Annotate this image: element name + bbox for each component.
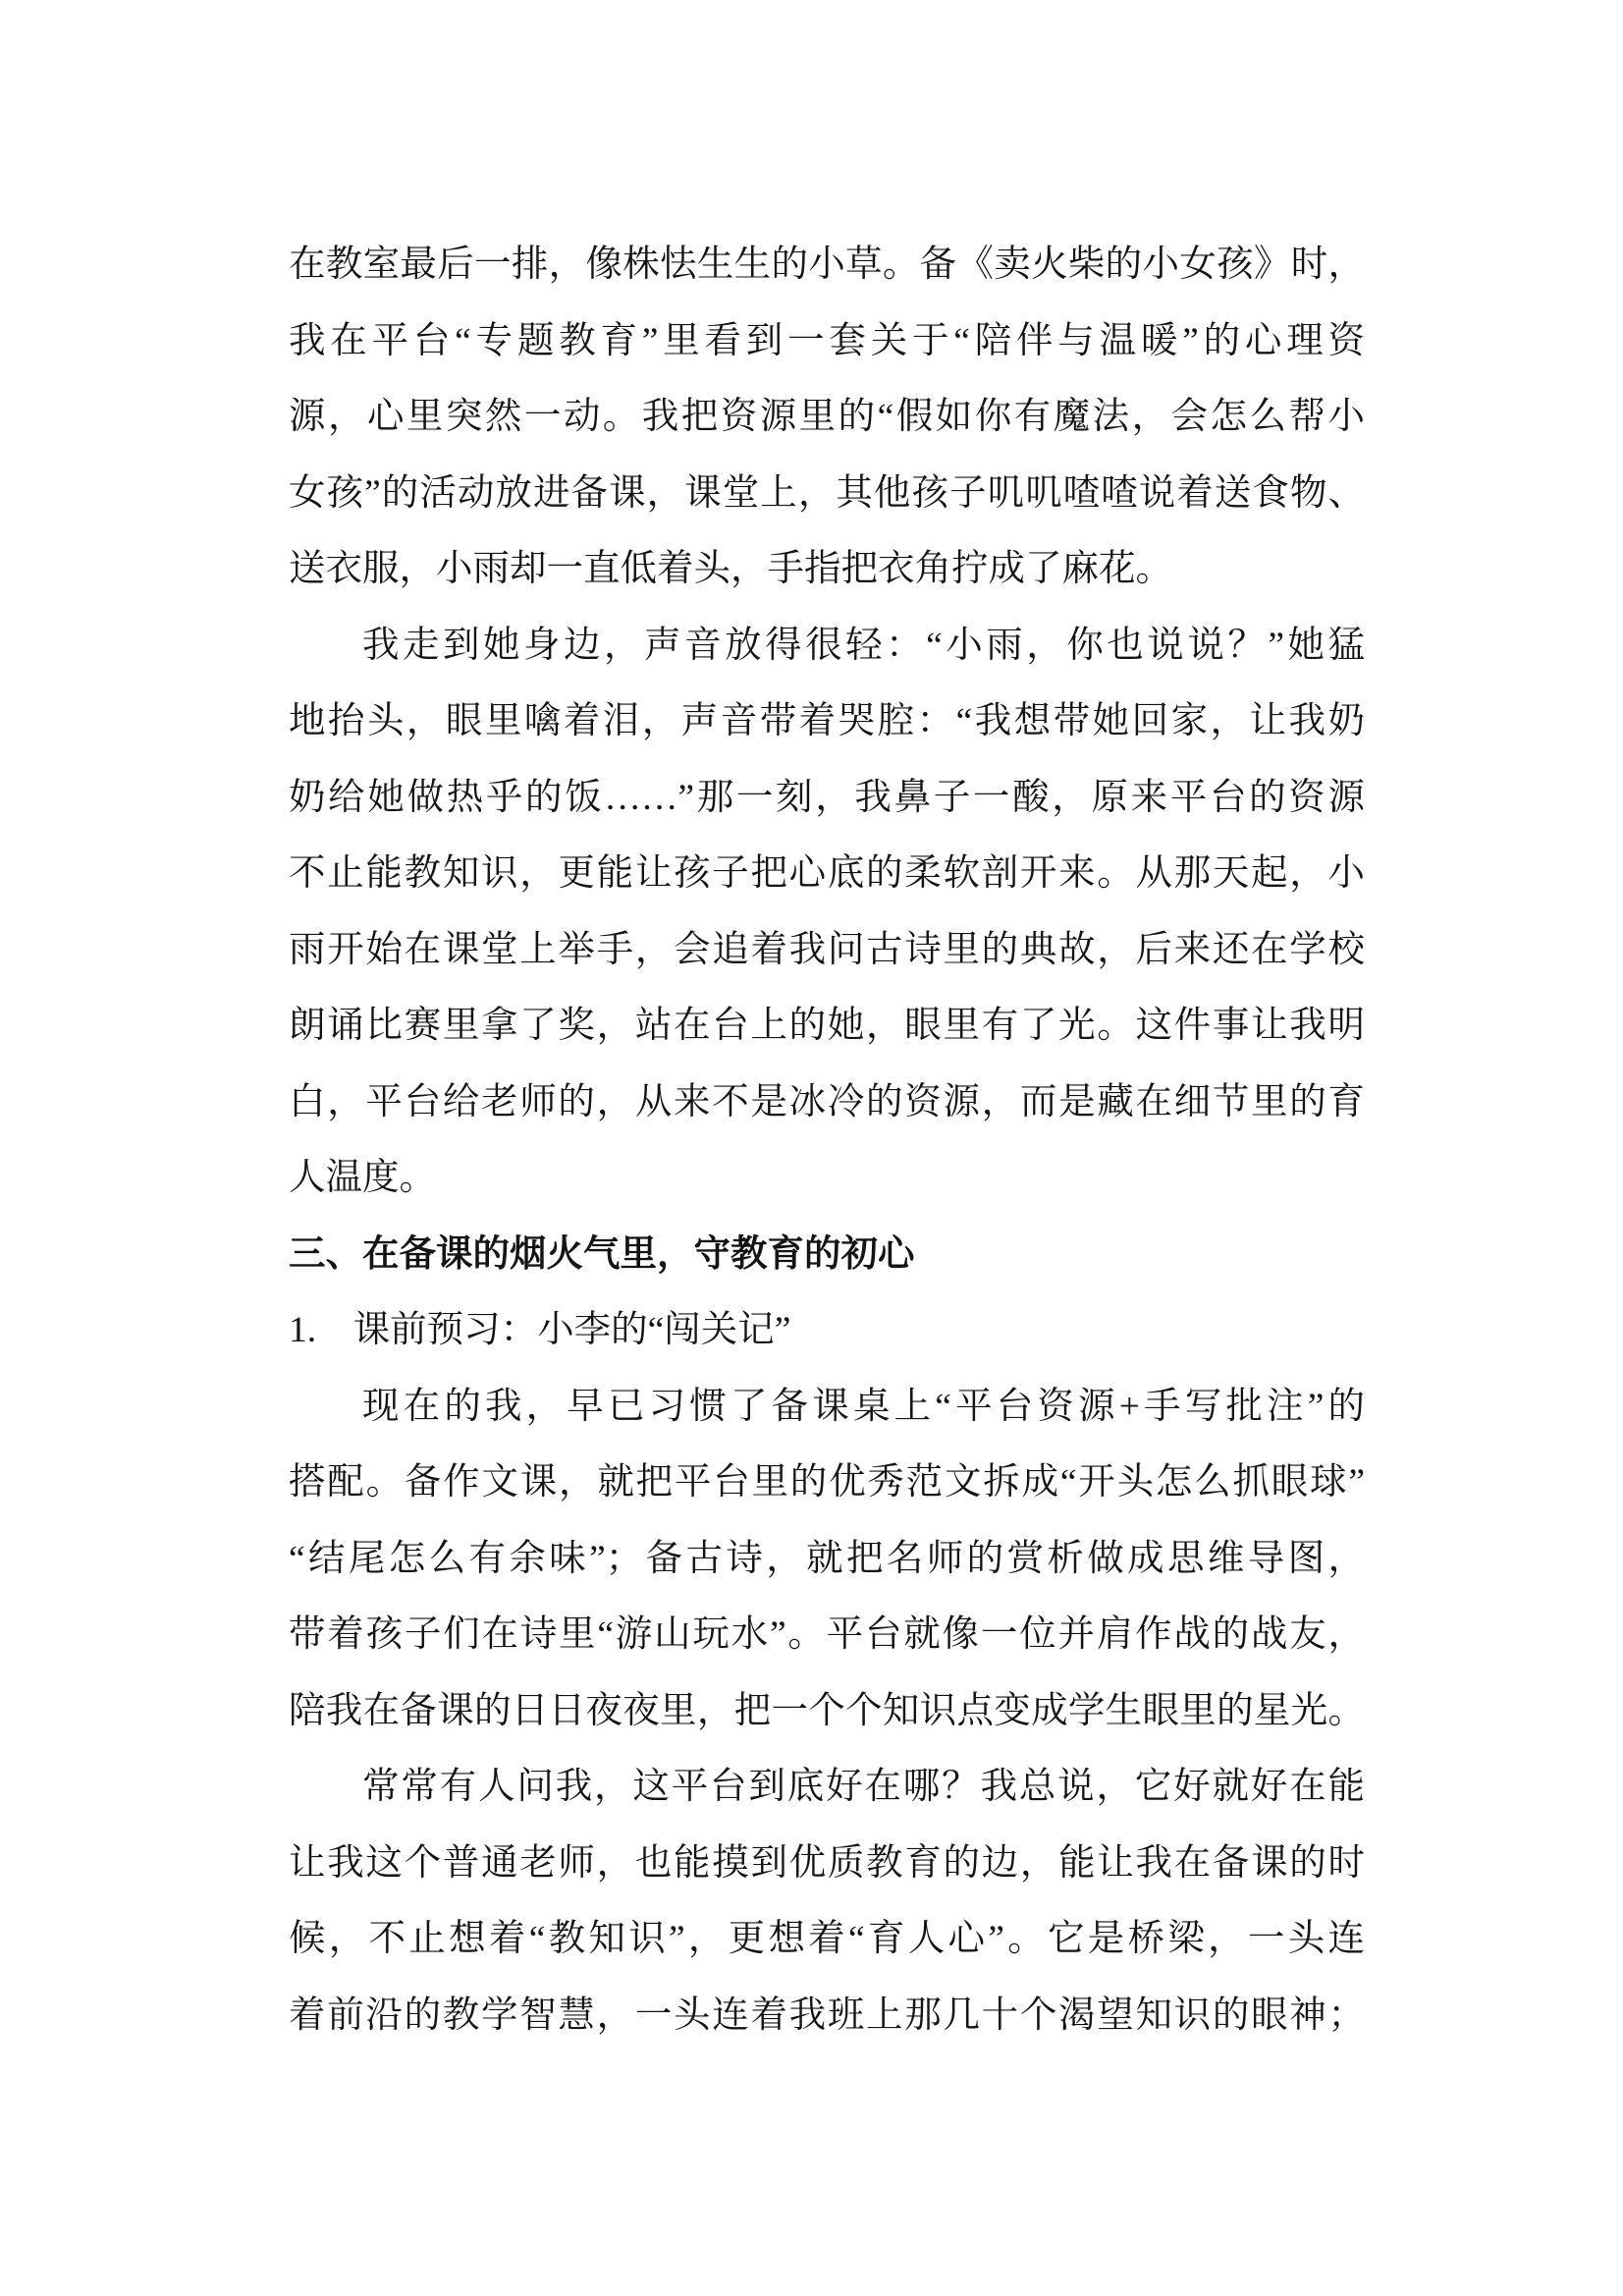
paragraph-line: 让我这个普通老师，也能摸到优质教育的边，能让我在备课的时 <box>289 1826 1365 1902</box>
paragraph-line: 人温度。 <box>289 1140 1365 1217</box>
paragraph-line: 我走到她身边，声音放得很轻：“小雨，你也说说？”她猛 <box>289 608 1365 684</box>
paragraph-line: 在教室最后一排，像株怯生生的小草。备《卖火柴的小女孩》时， <box>289 227 1365 303</box>
paragraph-line: 现在的我，早已习惯了备课桌上“平台资源+手写批注”的 <box>289 1369 1365 1446</box>
paragraph-line: 带着孩子们在诗里“游山玩水”。平台就像一位并肩作战的战友， <box>289 1597 1365 1673</box>
paragraph-line: 着前沿的教学智慧，一头连着我班上那几十个渴望知识的眼神； <box>289 1978 1365 2054</box>
numbered-subheading: 1. 课前预习：小李的“闯关记” <box>289 1292 1365 1369</box>
paragraph-line: 白，平台给老师的，从来不是冰冷的资源，而是藏在细节里的育 <box>289 1065 1365 1141</box>
paragraph-line: 奶给她做热乎的饭……”那一刻，我鼻子一酸，原来平台的资源 <box>289 760 1365 837</box>
paragraph-line: 朗诵比赛里拿了奖，站在台上的她，眼里有了光。这件事让我明 <box>289 988 1365 1065</box>
paragraph-line: 源，心里突然一动。我把资源里的“假如你有魔法，会怎么帮小 <box>289 379 1365 456</box>
section-heading: 三、在备课的烟火气里，守教育的初心 <box>289 1217 1365 1293</box>
paragraph-line: “结尾怎么有余味”；备古诗，就把名师的赏析做成思维导图， <box>289 1521 1365 1598</box>
paragraph-line: 女孩”的活动放进备课，课堂上，其他孩子叽叽喳喳说着送食物、 <box>289 456 1365 532</box>
paragraph-line: 候，不止想着“教知识”，更想着“育人心”。它是桥梁，一头连 <box>289 1901 1365 1978</box>
paragraph-line: 搭配。备作文课，就把平台里的优秀范文拆成“开头怎么抓眼球” <box>289 1445 1365 1521</box>
paragraph-line: 雨开始在课堂上举手，会追着我问古诗里的典故，后来还在学校 <box>289 912 1365 989</box>
paragraph-line: 陪我在备课的日日夜夜里，把一个个知识点变成学生眼里的星光。 <box>289 1673 1365 1750</box>
paragraph-line: 常常有人问我，这平台到底好在哪？我总说，它好就好在能 <box>289 1749 1365 1826</box>
document-page: 在教室最后一排，像株怯生生的小草。备《卖火柴的小女孩》时，我在平台“专题教育”里… <box>0 0 1623 2296</box>
text-column: 在教室最后一排，像株怯生生的小草。备《卖火柴的小女孩》时，我在平台“专题教育”里… <box>289 227 1365 2053</box>
paragraph-line: 地抬头，眼里噙着泪，声音带着哭腔：“我想带她回家，让我奶 <box>289 683 1365 760</box>
paragraph-line: 不止能教知识，更能让孩子把心底的柔软剖开来。从那天起，小 <box>289 836 1365 912</box>
paragraph-line: 我在平台“专题教育”里看到一套关于“陪伴与温暖”的心理资 <box>289 303 1365 380</box>
paragraph-line: 送衣服，小雨却一直低着头，手指把衣角拧成了麻花。 <box>289 531 1365 608</box>
